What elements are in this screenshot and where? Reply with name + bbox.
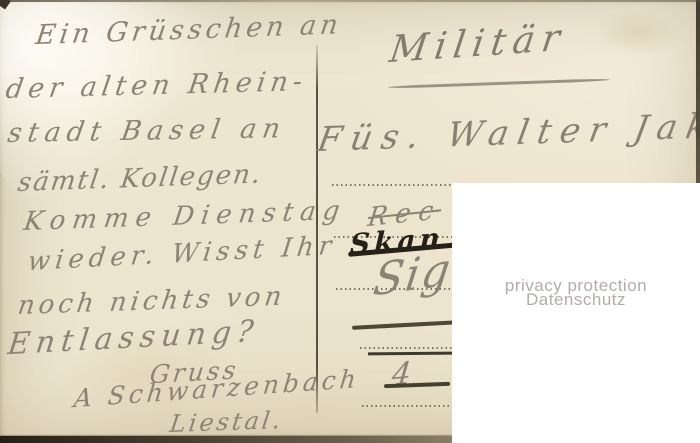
privacy-overlay-line2: Datenschutz <box>452 293 700 307</box>
address-dotted-line <box>360 347 460 349</box>
card-divider-line <box>316 45 318 413</box>
address-heading: Militär <box>387 15 570 71</box>
message-line: Entlassung? <box>6 314 261 362</box>
pencil-strike-line <box>352 320 460 330</box>
photo-right-edge <box>696 0 700 184</box>
pencil-strike-line <box>384 382 450 388</box>
message-line: der alten Rhein- <box>4 66 310 105</box>
corner-nick <box>0 0 11 10</box>
photo-bottom-edge <box>0 436 456 443</box>
message-line: stadt Basel an <box>6 113 289 149</box>
postcard-photo: Ein Grüsschen an der alten Rhein- stadt … <box>0 0 700 443</box>
privacy-overlay: privacy protection Datenschutz <box>452 183 700 443</box>
message-line: sämtl. Kollegen. <box>16 159 264 198</box>
address-dotted-line <box>362 405 460 407</box>
paper-stain <box>590 8 685 56</box>
crossed-out-pencil-flourish: Sig <box>370 243 455 306</box>
address-dotted-line <box>332 184 460 186</box>
message-line: wieder. Wisst Ihr <box>26 231 338 277</box>
recipient-line: Füs. Walter Jak <box>314 106 700 160</box>
message-line: Ein Grüsschen an <box>34 9 344 51</box>
message-line: Komme Dienstag <box>22 196 349 237</box>
photo-top-edge <box>0 0 700 2</box>
heading-underline <box>388 78 610 89</box>
message-place: Liestal. <box>168 406 285 438</box>
